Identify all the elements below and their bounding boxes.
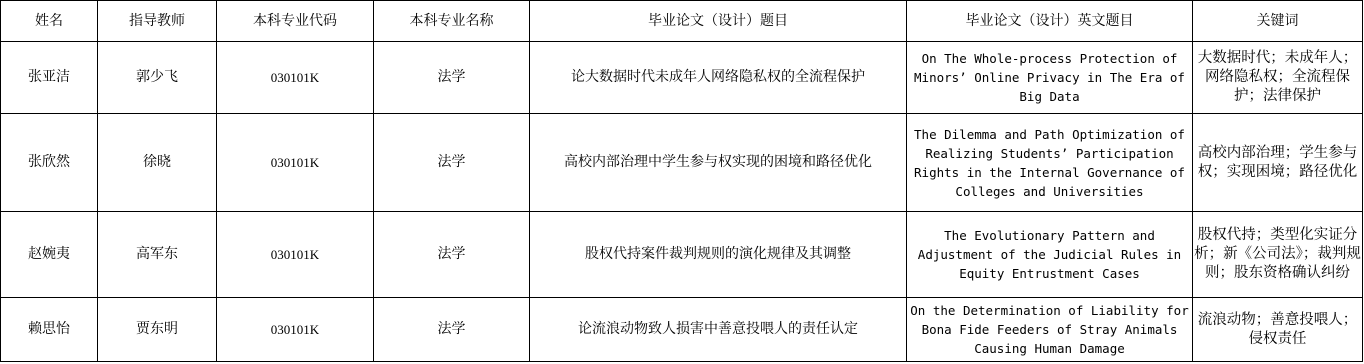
- cell-keywords: 流浪动物；善意投喂人；侵权责任: [1193, 298, 1363, 362]
- header-major-code: 本科专业代码: [217, 1, 374, 42]
- cell-keywords: 大数据时代；未成年人；网络隐私权；全流程保护；法律保护: [1193, 42, 1363, 114]
- table-row: 张亚洁 郭少飞 030101K 法学 论大数据时代未成年人网络隐私权的全流程保护…: [1, 42, 1363, 114]
- cell-major-code: 030101K: [217, 42, 374, 114]
- cell-name: 张欣然: [1, 114, 98, 212]
- header-row: 姓名 指导教师 本科专业代码 本科专业名称 毕业论文（设计）题目 毕业论文（设计…: [1, 1, 1363, 42]
- cell-title-en: On the Determination of Liability for Bo…: [907, 298, 1193, 362]
- cell-advisor: 高军东: [98, 212, 217, 298]
- cell-keywords: 股权代持；类型化实证分析；新《公司法》；裁判规则；股东资格确认纠纷: [1193, 212, 1363, 298]
- cell-major-code: 030101K: [217, 114, 374, 212]
- cell-name: 张亚洁: [1, 42, 98, 114]
- header-advisor: 指导教师: [98, 1, 217, 42]
- header-title-en: 毕业论文（设计）英文题目: [907, 1, 1193, 42]
- cell-major-code: 030101K: [217, 212, 374, 298]
- cell-title-cn: 股权代持案件裁判规则的演化规律及其调整: [530, 212, 907, 298]
- cell-major-name: 法学: [374, 42, 530, 114]
- cell-major-code: 030101K: [217, 298, 374, 362]
- header-major-name: 本科专业名称: [374, 1, 530, 42]
- cell-advisor: 郭少飞: [98, 42, 217, 114]
- cell-title-en: On The Whole-process Protection of Minor…: [907, 42, 1193, 114]
- cell-title-en: The Evolutionary Pattern and Adjustment …: [907, 212, 1193, 298]
- cell-major-name: 法学: [374, 212, 530, 298]
- header-keywords: 关键词: [1193, 1, 1363, 42]
- cell-major-name: 法学: [374, 114, 530, 212]
- header-title-cn: 毕业论文（设计）题目: [530, 1, 907, 42]
- cell-title-cn: 高校内部治理中学生参与权实现的困境和路径优化: [530, 114, 907, 212]
- cell-advisor: 徐晓: [98, 114, 217, 212]
- table-row: 赖思怡 贾东明 030101K 法学 论流浪动物致人损害中善意投喂人的责任认定 …: [1, 298, 1363, 362]
- header-name: 姓名: [1, 1, 98, 42]
- cell-major-name: 法学: [374, 298, 530, 362]
- cell-title-en: The Dilemma and Path Optimization of Rea…: [907, 114, 1193, 212]
- cell-keywords: 高校内部治理；学生参与权；实现困境；路径优化: [1193, 114, 1363, 212]
- table-row: 张欣然 徐晓 030101K 法学 高校内部治理中学生参与权实现的困境和路径优化…: [1, 114, 1363, 212]
- table-row: 赵婉夷 高军东 030101K 法学 股权代持案件裁判规则的演化规律及其调整 T…: [1, 212, 1363, 298]
- thesis-table: 姓名 指导教师 本科专业代码 本科专业名称 毕业论文（设计）题目 毕业论文（设计…: [0, 0, 1363, 362]
- cell-name: 赖思怡: [1, 298, 98, 362]
- cell-title-cn: 论大数据时代未成年人网络隐私权的全流程保护: [530, 42, 907, 114]
- cell-title-cn: 论流浪动物致人损害中善意投喂人的责任认定: [530, 298, 907, 362]
- cell-name: 赵婉夷: [1, 212, 98, 298]
- cell-advisor: 贾东明: [98, 298, 217, 362]
